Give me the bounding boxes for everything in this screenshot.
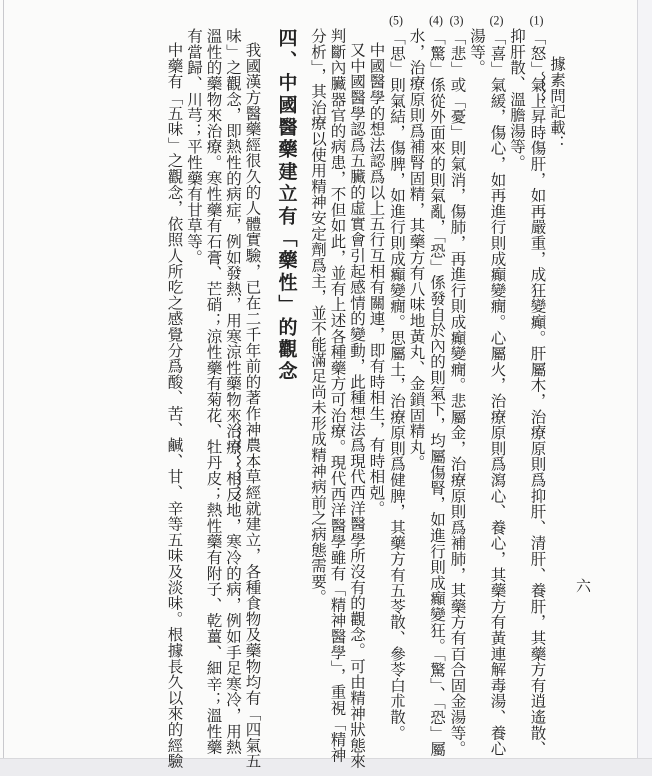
item-text: 「悲」或「憂」則氣消，傷肺，再進行則成癲變癇。悲屬金，治療原則爲補肺，其藥方有百… bbox=[449, 30, 466, 757]
item-text: 「喜」氣緩，傷心，如再進行則成癲變癇。心屬火，治療原則爲瀉心、養心，其藥方有黃連… bbox=[468, 28, 506, 756]
item-text: 「思」則氣結，傷脾，如進行則成癲變癇。思屬土，治療原則爲健脾，其藥方有五苓散、參… bbox=[388, 30, 405, 741]
list-item-4: (4)「驚」係從外面來的則氣亂，「恐」係發自於內的則氣下，均屬傷腎，如進行則成癲… bbox=[406, 28, 446, 770]
section-heading: 四、中國醫藥建立有「藥性」的觀念 bbox=[271, 28, 301, 770]
list-item-1: (1)「怒」氣上昇時傷肝，如再嚴重，成狂變癲。肝屬木，治療原則爲抑肝、清肝、養肝… bbox=[507, 28, 547, 770]
paragraph-herb-nature: 我國漢方醫藥經很久的人體實驗，已在二千年前的著作神農本草經就建立，各種食物及藥物… bbox=[184, 28, 262, 770]
page-border-left bbox=[3, 0, 4, 758]
list-item-5: (5)「思」則氣結，傷脾，如進行則成癲變癇。思屬土，治療原則爲健脾，其藥方有五苓… bbox=[386, 28, 407, 770]
intro-suffix: 記載： bbox=[548, 103, 565, 150]
paragraph-five-tastes: 中藥有「五味」之觀念，依照人所吃之感覺分爲酸、苦、鹹、甘、辛等五味及淡味。根據長… bbox=[164, 28, 184, 770]
intro-prefix: 據 bbox=[548, 56, 565, 72]
text-block: 據素問記載： (1)「怒」氣上昇時傷肝，如再嚴重，成狂變癲。肝屬木，治療原則爲抑… bbox=[164, 28, 566, 770]
item-marker: (4) bbox=[429, 14, 443, 27]
paragraph-western-medicine: 又中國醫學認爲五臟的虛實會引起感情的變動，此種想法爲現代西洋醫學所沒有的觀念。可… bbox=[308, 28, 367, 770]
list-item-3: (3)「悲」或「憂」則氣消，傷肺，再進行則成癲變癇。悲屬金，治療原則爲補肺，其藥… bbox=[446, 28, 467, 770]
item-marker: (2) bbox=[490, 14, 504, 27]
paragraph-text: 我國漢方醫藥經很久的人體實驗，已在二千年前的著作 bbox=[244, 42, 261, 421]
item-marker: (3) bbox=[450, 14, 464, 27]
item-marker: (1) bbox=[530, 14, 544, 27]
page-number: 六 bbox=[572, 578, 593, 593]
item-marker: (5) bbox=[389, 14, 403, 27]
book-title-mark-bencaojing: 神農本草經 bbox=[244, 421, 261, 500]
list-item-2: (2)「喜」氣緩，傷心，如再進行則成癲變癇。心屬火，治療原則爲瀉心、養心，其藥方… bbox=[467, 28, 507, 770]
intro-line: 據素問記載： bbox=[547, 28, 567, 770]
item-text: 「驚」係從外面來的則氣亂，「恐」係發自於內的則氣下，均屬傷腎，如進行則成癲變狂。… bbox=[408, 28, 446, 757]
item-text: 「怒」氣上昇時傷肝，如再嚴重，成狂變癲。肝屬木，治療原則爲抑肝、清肝、養肝，其藥… bbox=[508, 28, 546, 756]
book-title-mark-suwen: 素問 bbox=[548, 72, 565, 104]
paragraph-five-elements: 中國醫學的想法認爲以上五行互相有關連，即有時相生，有時相剋。 bbox=[366, 28, 386, 770]
page-right-edge bbox=[637, 0, 652, 758]
